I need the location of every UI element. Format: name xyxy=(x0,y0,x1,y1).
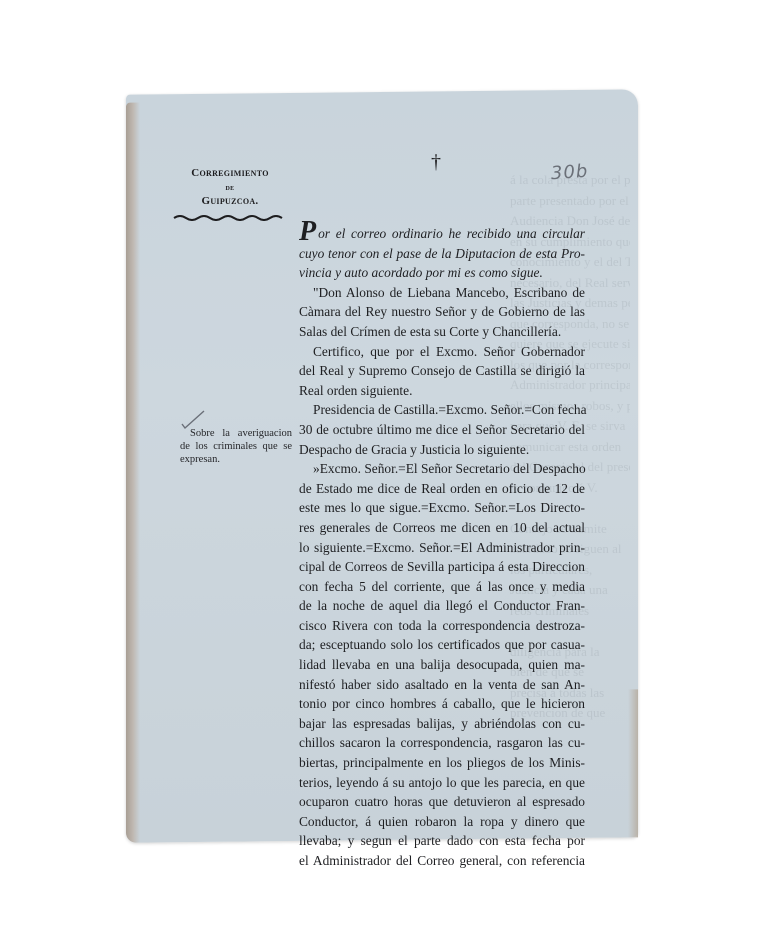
text-line: "Don Alonso de Liebana Mancebo, Escriban… xyxy=(299,283,585,303)
text-line: biertas, principalmente en los pliegos d… xyxy=(299,753,585,773)
text-line: vincia y auto acordado por mi es como si… xyxy=(299,263,585,283)
text-line: Presidencia de Castilla.=Excmo. Señor.=C… xyxy=(299,400,585,420)
text-line: cuyo tenor con el pase de la Diputacion … xyxy=(299,244,585,264)
text-line: da; esceptuando solo los certificados qu… xyxy=(299,635,585,655)
text-line: Càmara del Rey nuestro Señor y de Gobier… xyxy=(299,302,585,322)
text-line: llevaba; y segun el parte dado con esta … xyxy=(299,831,585,851)
text-line: Despacho de Gracia y Justicia lo siguien… xyxy=(299,440,585,460)
text-line: el Administrador del Correo general, con… xyxy=(299,851,585,871)
text-line: terios, leyendo á su antojo lo que les p… xyxy=(299,773,585,793)
text-line: del Real y Supremo Consejo de Castilla s… xyxy=(299,361,585,381)
text-line: Conductor, á quien robaron la ropa y din… xyxy=(299,812,585,832)
header-line-3: Guipuzcoa. xyxy=(172,194,288,208)
text-line: »Excmo. Señor.=El Señor Secretario del D… xyxy=(299,459,585,479)
text-line: ocuparon cuatro horas que detuvieron al … xyxy=(299,792,585,812)
text-line: lo siguiente.=Excmo. Señor.=El Administr… xyxy=(299,538,585,558)
text-line: cipal de Correos de Sevilla participa á … xyxy=(299,557,585,577)
handwritten-folio-number: 30b xyxy=(550,161,589,185)
text-line: de la noche de aquel dia llegó el Conduc… xyxy=(299,596,585,616)
margin-note: Sobre la averiguacion de los criminales … xyxy=(180,427,292,466)
text-line: Real orden siguiente. xyxy=(299,381,585,401)
text-line: con fecha 5 del corriente, que á las onc… xyxy=(299,577,585,597)
text-line: Salas del Crímen de esta su Corte y Chan… xyxy=(299,322,585,342)
header-line-1: Corregimiento xyxy=(172,166,288,180)
drop-cap: P xyxy=(299,216,316,247)
document-body: Por el correo ordinario he recibido una … xyxy=(299,224,585,871)
bleed-line: parte presentado por el Comandante de la xyxy=(510,191,630,212)
text-line: cisco Rivera con toda la correspondencia… xyxy=(299,616,585,636)
header-line-2: de xyxy=(172,180,288,194)
text-line: Certifico, que por el Excmo. Señor Gober… xyxy=(299,342,585,362)
text-line: nifestó haber sido asaltado en la venta … xyxy=(299,675,585,695)
text-line: 30 de octubre último me dice el Señor Se… xyxy=(299,420,585,440)
text-line: lidad llevaba en una balija desocupada, … xyxy=(299,655,585,675)
text-line: Por el correo ordinario he recibido una … xyxy=(299,224,585,244)
text-line: de Estado me dice de Real orden en ofici… xyxy=(299,479,585,499)
text-line: res generales de Correos me dicen en 10 … xyxy=(299,518,585,538)
text-line: chillos sacaron la correspondencia, rasg… xyxy=(299,733,585,753)
text-line: tonio por cinco hombres á caballo, que l… xyxy=(299,694,585,714)
text-line: este mes lo que sigue.=Excmo. Señor.=Los… xyxy=(299,498,585,518)
document-header: Corregimiento de Guipuzcoa. xyxy=(172,166,288,226)
cross-icon: † xyxy=(431,152,441,172)
decorative-wave-rule xyxy=(172,213,288,221)
text-line: bajar las espresadas balijas, y abriéndo… xyxy=(299,714,585,734)
